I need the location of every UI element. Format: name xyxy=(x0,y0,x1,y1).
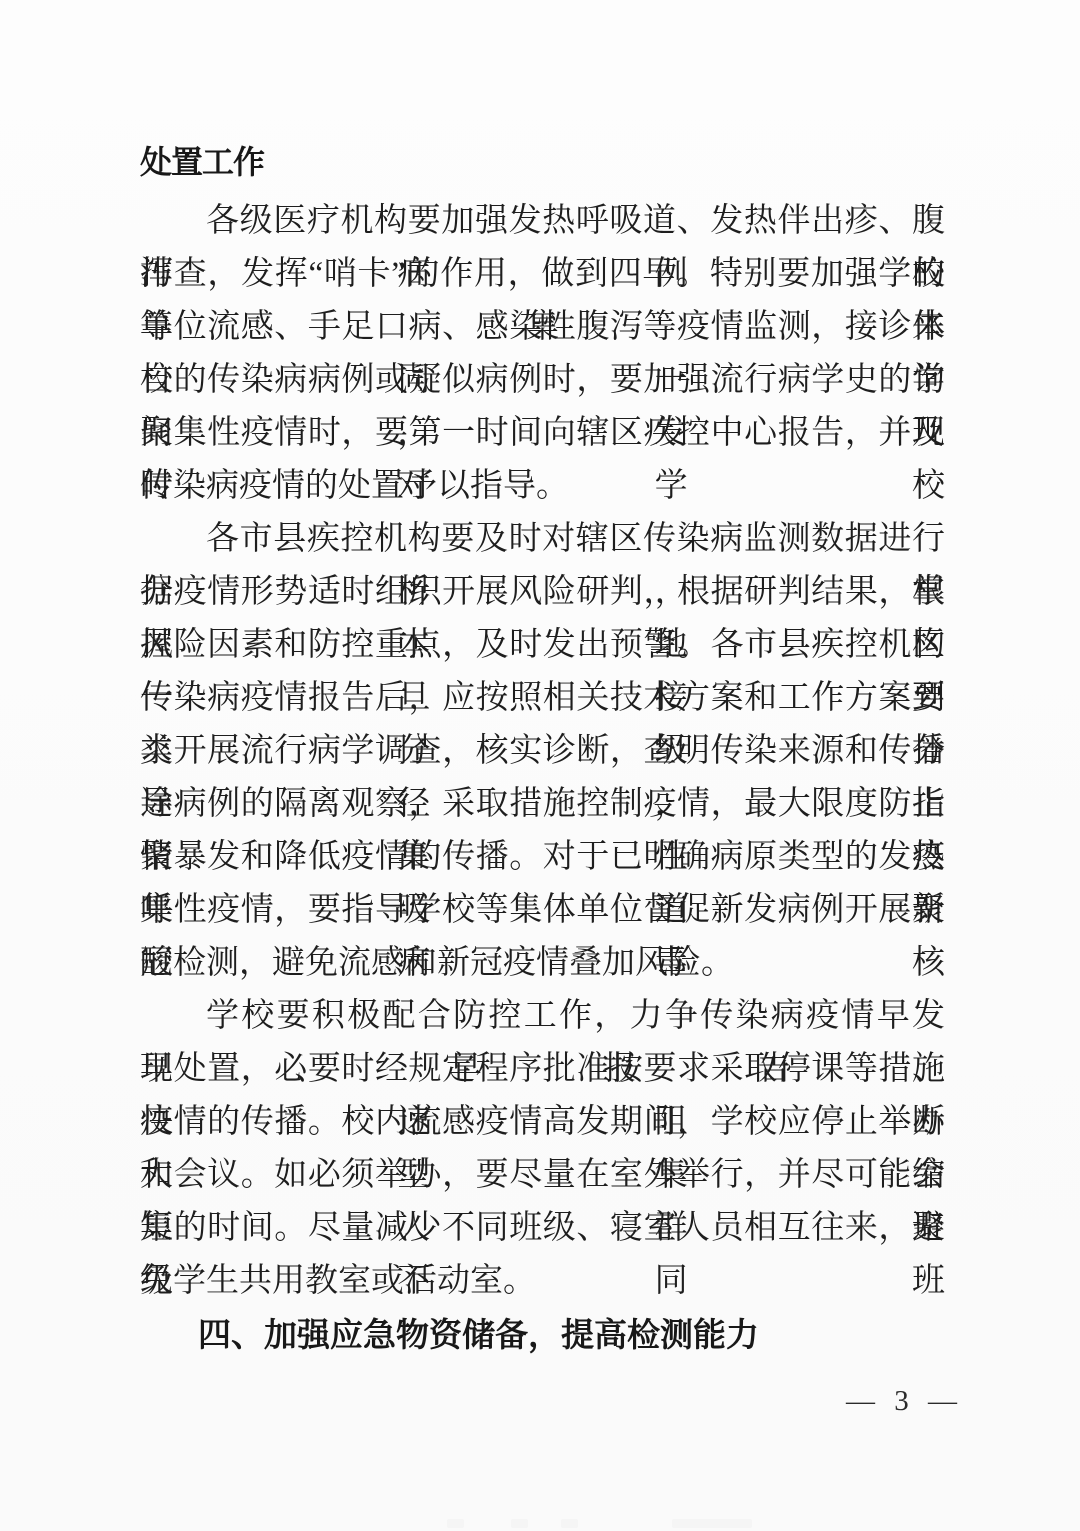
text-line: 据疫情形势适时组织开展风险研判，根据研判结果，掌握本地区 xyxy=(140,566,945,619)
text-line: 各级医疗机构要加强发热呼吸道、发热伴出疹、腹泻病例的 xyxy=(140,195,945,248)
paragraph: 各级医疗机构要加强发热呼吸道、发热伴出疹、腹泻病例的 排查，发挥“哨卡”的作用，… xyxy=(140,195,945,513)
text-line: 聚集性疫情时，要第一时间向辖区疾控中心报告，并及时对学校 xyxy=(140,407,945,460)
section-heading: 四、加强应急物资储备，提高检测能力 xyxy=(140,1308,945,1361)
paragraph: 各市县疾控机构要及时对辖区传染病监测数据进行分析，根 据疫情形势适时组织开展风险… xyxy=(140,513,945,990)
scan-artifact xyxy=(447,1519,464,1528)
scan-artifact xyxy=(561,1519,578,1528)
text-line: 和会议。如必须举办，要尽量在室外举行，并尽可能缩短人群聚 xyxy=(140,1149,945,1202)
paragraph: 学校要积极配合防控工作，力争传染病疫情早发现、早报告、 早处置，必要时经规定程序… xyxy=(140,990,945,1308)
text-line: 各市县疾控机构要及时对辖区传染病监测数据进行分析，根 xyxy=(140,513,945,566)
scan-artifact xyxy=(511,1519,528,1528)
text-line: 单位流感、手足口病、感染性腹泻等疫情监测，接诊来自同一学 xyxy=(140,301,945,354)
text-line: 校的传染病病例或疑似病例时，要加强流行病学史的询问，发现 xyxy=(140,354,945,407)
text-line: 早处置，必要时经规定程序批准按要求采取停课等措施快速阻断 xyxy=(140,1043,945,1096)
document-page: 处置工作 各级医疗机构要加强发热呼吸道、发热伴出疹、腹泻病例的 排查，发挥“哨卡… xyxy=(0,0,1080,1531)
section-heading-continuation: 处置工作 xyxy=(140,136,945,189)
text-line: 导病例的隔离观察，采取措施控制疫情，最大限度防止聚集性疫 xyxy=(140,778,945,831)
text-line: 情暴发和降低疫情的传播。对于已明确病原类型的发热呼吸道聚 xyxy=(140,831,945,884)
text-line: 风险因素和防控重点，及时发出预警。各市县疾控机构一旦接到 xyxy=(140,619,945,672)
text-line: 疫情的传播。校内流感疫情高发期间，学校应停止举办大型集会 xyxy=(140,1096,945,1149)
text-line: 排查，发挥“哨卡”的作用，做到四早。特别要加强学校等集体 xyxy=(140,248,945,301)
document-body: 各级医疗机构要加强发热呼吸道、发热伴出疹、腹泻病例的 排查，发挥“哨卡”的作用，… xyxy=(140,195,945,1361)
scan-artifact xyxy=(672,1519,752,1528)
page-number: — 3 — xyxy=(846,1384,963,1418)
text-line: 集的时间。尽量减少不同班级、寝室人员相互往来，避免不同班 xyxy=(140,1202,945,1255)
text-line: 学校要积极配合防控工作，力争传染病疫情早发现、早报告、 xyxy=(140,990,945,1043)
text-line: 传染病疫情报告后，应按照相关技术方案和工作方案要求分级分 xyxy=(140,672,945,725)
text-line: 集性疫情，要指导学校等集体单位督促新发病例开展新冠病毒核 xyxy=(140,884,945,937)
text-line: 类开展流行病学调查，核实诊断，查明传染来源和传播途径，指 xyxy=(140,725,945,778)
